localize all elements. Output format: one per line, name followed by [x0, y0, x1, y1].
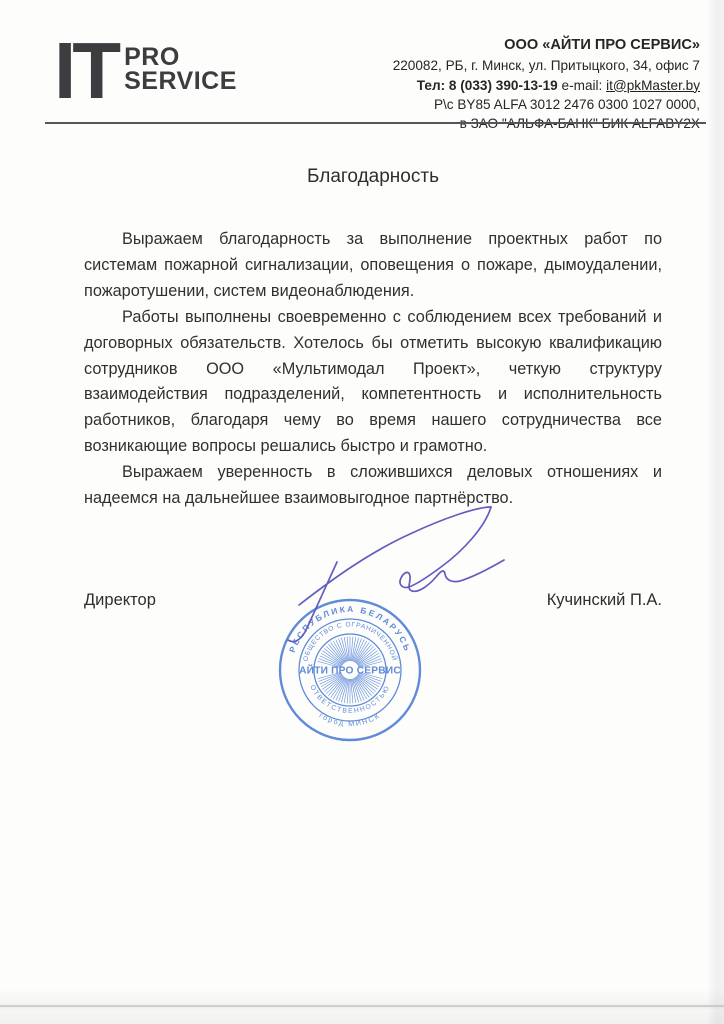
letterhead-divider [45, 122, 706, 124]
paragraph-1: Выражаем благодарность за выполнение про… [84, 227, 662, 305]
logo-stack: PRO SERVICE [124, 45, 237, 93]
logo-pro-text: PRO [124, 45, 237, 69]
phone-email-line: Тел: 8 (033) 390-13-19 e-mail: it@pkMast… [393, 76, 700, 95]
signature-stroke-tail [288, 562, 337, 642]
letter-body: Выражаем благодарность за выполнение про… [84, 227, 662, 512]
logo-it-text: IT [54, 36, 117, 106]
email-label: e-mail: [562, 78, 603, 93]
phone-number: 8 (033) 390-13-19 [449, 78, 558, 93]
document-title: Благодарность [84, 166, 662, 188]
company-address: 220082, РБ, г. Минск, ул. Притыцкого, 34… [393, 56, 700, 75]
bank-account: Р\с BY85 ALFA 3012 2476 0300 1027 0000, [393, 95, 700, 114]
company-name: ООО «АЙТИ ПРО СЕРВИС» [393, 36, 700, 55]
scan-edge-bottom [0, 988, 724, 1024]
signature-stroke-main [299, 507, 491, 605]
logo-service-text: SERVICE [124, 69, 237, 93]
signature-stroke-loop [400, 507, 504, 591]
handwritten-signature [260, 496, 516, 671]
company-logo: IT PRO SERVICE [54, 36, 237, 106]
scan-edge-line [0, 1005, 724, 1007]
scanned-letter-page: IT PRO SERVICE ООО «АЙТИ ПРО СЕРВИС» 220… [0, 0, 724, 1024]
scan-edge-right [707, 0, 724, 1024]
phone-label: Тел: [417, 78, 445, 93]
letterhead-contacts: ООО «АЙТИ ПРО СЕРВИС» 220082, РБ, г. Мин… [393, 36, 700, 133]
signer-role: Директор [84, 591, 156, 610]
paragraph-2: Работы выполнены своевременно с соблюден… [84, 305, 662, 460]
email-address: it@pkMaster.by [606, 78, 700, 93]
signer-name: Кучинский П.А. [547, 591, 662, 610]
